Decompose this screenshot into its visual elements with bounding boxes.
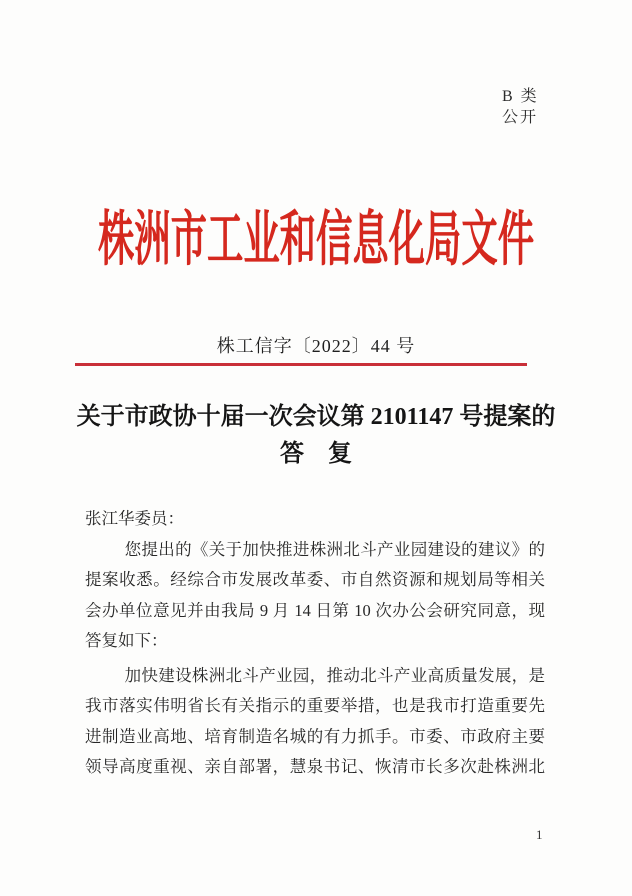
red-divider-rule [75,363,527,366]
paragraph-2: 加快建设株洲北斗产业园，推动北斗产业高质量发展，是 我市落实伟明省长有关指示的重… [85,661,545,783]
body-line: 领导高度重视、亲自部署，慧泉书记、恢清市长多次赴株洲北 [85,752,545,783]
classification-block: B 类 公开 [502,86,539,128]
body-line: 会办单位意见并由我局 9 月 14 日第 10 次办公会研究同意，现 [85,596,545,627]
document-title-line-1: 关于市政协十届一次会议第 2101147 号提案的 [45,399,587,436]
document-title: 关于市政协十届一次会议第 2101147 号提案的 答 复 [45,399,587,473]
document-body: 张江华委员： 您提出的《关于加快推进株洲北斗产业园建设的建议》的 提案收悉。经综… [85,504,545,783]
document-number: 株工信字〔2022〕44 号 [0,332,632,358]
classification-level: 公开 [502,107,539,128]
salutation: 张江华委员： [85,504,545,535]
body-line: 加快建设株洲北斗产业园，推动北斗产业高质量发展，是 [85,661,545,692]
issuing-authority-banner: 株洲市工业和信息化局文件 [66,206,565,274]
body-line: 提案收悉。经综合市发展改革委、市自然资源和规划局等相关 [85,565,545,596]
classification-category: B 类 [502,86,539,107]
scanned-official-document-page: B 类 公开 株洲市工业和信息化局文件 株工信字〔2022〕44 号 关于市政协… [0,0,632,896]
paragraph-1: 您提出的《关于加快推进株洲北斗产业园建设的建议》的 提案收悉。经综合市发展改革委… [85,535,545,657]
page-number: 1 [536,827,543,843]
body-line: 进制造业高地、培育制造名城的有力抓手。市委、市政府主要 [85,722,545,753]
body-line: 您提出的《关于加快推进株洲北斗产业园建设的建议》的 [85,535,545,566]
body-line: 答复如下： [85,626,545,657]
document-title-line-2: 答 复 [45,436,587,473]
body-line: 我市落实伟明省长有关指示的重要举措，也是我市打造重要先 [85,691,545,722]
